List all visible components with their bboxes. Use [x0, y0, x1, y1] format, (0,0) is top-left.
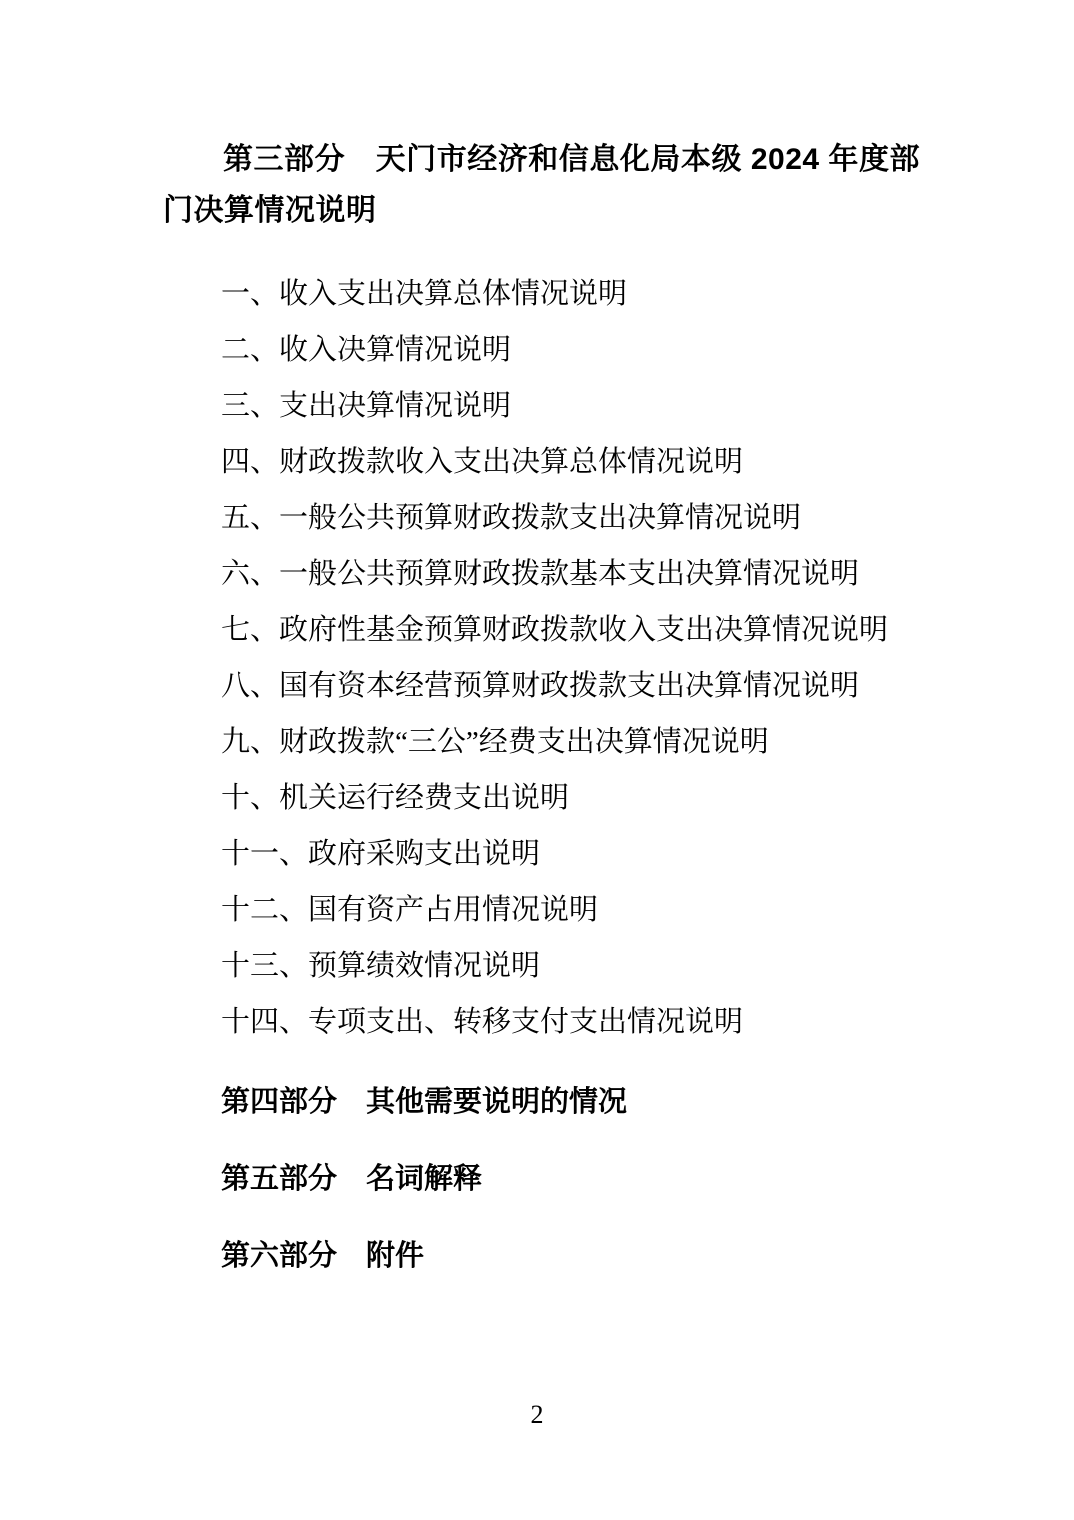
section-heading-part5: 第五部分 名词解释	[163, 1151, 920, 1208]
document-page: 第三部分 天门市经济和信息化局本级 2024 年度部门决算情况说明 一、收入支出…	[0, 0, 1074, 1520]
document-title: 第三部分 天门市经济和信息化局本级 2024 年度部门决算情况说明	[163, 134, 920, 236]
toc-list: 一、收入支出决算总体情况说明 二、收入决算情况说明 三、支出决算情况说明 四、财…	[163, 266, 920, 1050]
toc-item: 九、财政拨款“三公”经费支出决算情况说明	[163, 714, 920, 770]
toc-item: 十三、预算绩效情况说明	[163, 938, 920, 994]
section-heading-part6: 第六部分 附件	[163, 1228, 920, 1285]
document-content: 第三部分 天门市经济和信息化局本级 2024 年度部门决算情况说明 一、收入支出…	[163, 134, 920, 1285]
toc-item: 十四、专项支出、转移支付支出情况说明	[163, 994, 920, 1050]
toc-item: 七、政府性基金预算财政拨款收入支出决算情况说明	[163, 602, 920, 658]
section-heading-part4: 第四部分 其他需要说明的情况	[163, 1074, 920, 1131]
toc-item: 十二、国有资产占用情况说明	[163, 882, 920, 938]
toc-item: 六、一般公共预算财政拨款基本支出决算情况说明	[163, 546, 920, 602]
toc-item: 四、财政拨款收入支出决算总体情况说明	[163, 434, 920, 490]
toc-item: 十一、政府采购支出说明	[163, 826, 920, 882]
toc-item: 一、收入支出决算总体情况说明	[163, 266, 920, 322]
page-number: 2	[0, 1400, 1074, 1430]
toc-item: 五、一般公共预算财政拨款支出决算情况说明	[163, 490, 920, 546]
toc-item: 八、国有资本经营预算财政拨款支出决算情况说明	[163, 658, 920, 714]
toc-item: 二、收入决算情况说明	[163, 322, 920, 378]
toc-item: 三、支出决算情况说明	[163, 378, 920, 434]
toc-item: 十、机关运行经费支出说明	[163, 770, 920, 826]
